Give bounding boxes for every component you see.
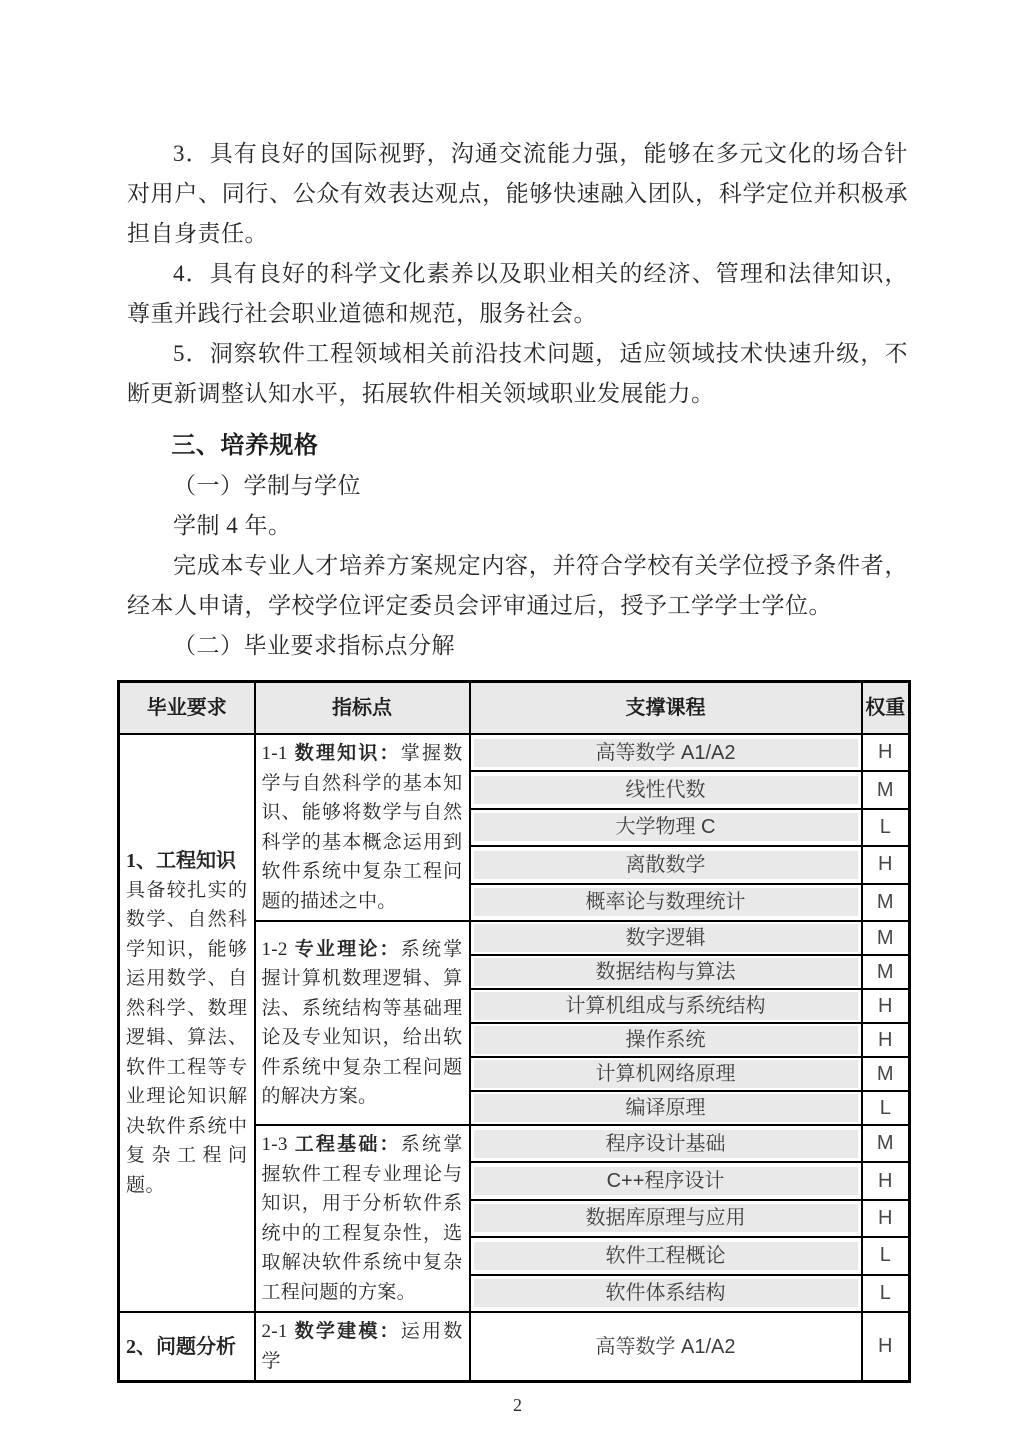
indicator-description: 系统掌握计算机数理逻辑、算法、系统结构等基础理论及专业知识，给出软件系统中复杂工…	[262, 939, 463, 1108]
weight-cell: L	[862, 1275, 910, 1312]
indicator-description: 系统掌握软件工程专业理论与知识，用于分析软件系统中的工程复杂性，选取解决软件系统…	[262, 1134, 463, 1303]
document-page: 3．具有良好的国际视野，沟通交流能力强，能够在多元文化的场合针对用户、同行、公众…	[0, 0, 1024, 1448]
column-header: 支撑课程	[470, 682, 862, 735]
column-header: 毕业要求	[119, 682, 255, 735]
indicator-description: 掌握数学与自然科学的基本知识、能够将数学与自然科学的基本概念运用到软件系统中复杂…	[262, 743, 463, 912]
indicator-cell: 1-3 工程基础：系统掌握软件工程专业理论与知识，用于分析软件系统中的工程复杂性…	[255, 1125, 470, 1312]
weight-cell: M	[862, 955, 910, 989]
weight-cell: H	[862, 1312, 910, 1382]
weight-cell: H	[862, 1023, 910, 1057]
course-name: 程序设计基础	[474, 1130, 858, 1158]
section-heading: 三、培养规格	[127, 426, 908, 466]
weight-cell: M	[862, 1057, 910, 1091]
subsection-heading-1: （一）学制与学位	[127, 466, 908, 506]
requirement-label: 1、工程知识	[126, 846, 248, 876]
course-name: 计算机网络原理	[474, 1060, 858, 1088]
table-body: 1、工程知识具备较扎实的数学、自然科学知识，能够运用数学、自然科学、数理逻辑、算…	[119, 734, 910, 1382]
course-cell: 数据结构与算法	[470, 955, 862, 989]
degree-paragraph: 完成本专业人才培养方案规定内容，并符合学校有关学位授予条件者，经本人申请，学校学…	[127, 546, 908, 626]
weight-cell: M	[862, 921, 910, 955]
column-header: 指标点	[255, 682, 470, 735]
course-name: 高等数学 A1/A2	[474, 1333, 858, 1361]
course-cell: 线性代数	[470, 771, 862, 808]
course-name: C++程序设计	[474, 1167, 858, 1195]
weight-cell: H	[862, 1200, 910, 1237]
course-name: 离散数学	[474, 851, 858, 879]
course-cell: 高等数学 A1/A2	[470, 734, 862, 771]
indicator-code: 1-1	[262, 743, 295, 764]
weight-cell: H	[862, 989, 910, 1023]
course-cell: 计算机组成与系统结构	[470, 989, 862, 1023]
weight-cell: H	[862, 846, 910, 883]
indicator-name: 数学建模：	[295, 1321, 401, 1342]
column-header: 权重	[862, 682, 910, 735]
course-cell: 操作系统	[470, 1023, 862, 1057]
course-cell: 数据库原理与应用	[470, 1200, 862, 1237]
paragraph-item-4: 4．具有良好的科学文化素养以及职业相关的经济、管理和法律知识，尊重并践行社会职业…	[127, 254, 908, 334]
course-cell: 软件体系结构	[470, 1275, 862, 1312]
requirements-table: 毕业要求指标点支撑课程权重 1、工程知识具备较扎实的数学、自然科学知识，能够运用…	[117, 680, 911, 1383]
indicator-code: 2-1	[262, 1321, 295, 1342]
course-name: 数字逻辑	[474, 924, 858, 952]
course-name: 软件体系结构	[474, 1279, 858, 1307]
course-cell: 离散数学	[470, 846, 862, 883]
course-name: 操作系统	[474, 1026, 858, 1054]
paragraph-item-5: 5．洞察软件工程领域相关前沿技术问题，适应领域技术快速升级，不断更新调整认知水平…	[127, 334, 908, 414]
indicator-cell: 2-1 数学建模：运用数学	[255, 1312, 470, 1382]
course-cell: 编译原理	[470, 1091, 862, 1125]
weight-cell: L	[862, 1091, 910, 1125]
indicator-code: 1-2	[262, 939, 295, 960]
requirement-cell: 2、问题分析	[119, 1312, 255, 1382]
course-cell: 计算机网络原理	[470, 1057, 862, 1091]
indicator-name: 专业理论：	[295, 939, 401, 960]
indicator-name: 数理知识：	[295, 743, 401, 764]
course-name: 线性代数	[474, 776, 858, 804]
weight-cell: M	[862, 884, 910, 921]
weight-cell: H	[862, 1162, 910, 1199]
weight-cell: L	[862, 809, 910, 846]
course-cell: 数字逻辑	[470, 921, 862, 955]
requirement-cell: 1、工程知识具备较扎实的数学、自然科学知识，能够运用数学、自然科学、数理逻辑、算…	[119, 734, 255, 1312]
course-cell: 大学物理 C	[470, 809, 862, 846]
weight-cell: M	[862, 1125, 910, 1162]
indicator-code: 1-3	[262, 1134, 295, 1155]
course-name: 数据结构与算法	[474, 958, 858, 986]
course-cell: 程序设计基础	[470, 1125, 862, 1162]
course-name: 数据库原理与应用	[474, 1204, 858, 1232]
page-number: 2	[127, 1395, 908, 1416]
indicator-name: 工程基础：	[295, 1134, 401, 1155]
paragraph-item-3: 3．具有良好的国际视野，沟通交流能力强，能够在多元文化的场合针对用户、同行、公众…	[127, 134, 908, 254]
indicator-cell: 1-2 专业理论：系统掌握计算机数理逻辑、算法、系统结构等基础理论及专业知识，给…	[255, 921, 470, 1125]
weight-cell: M	[862, 771, 910, 808]
table-row: 2、问题分析2-1 数学建模：运用数学高等数学 A1/A2H	[119, 1312, 910, 1382]
requirement-label: 2、问题分析	[126, 1332, 248, 1362]
course-name: 大学物理 C	[474, 813, 858, 841]
table-header: 毕业要求指标点支撑课程权重	[119, 682, 910, 735]
table-row: 1、工程知识具备较扎实的数学、自然科学知识，能够运用数学、自然科学、数理逻辑、算…	[119, 734, 910, 771]
weight-cell: L	[862, 1237, 910, 1274]
course-name: 计算机组成与系统结构	[474, 992, 858, 1020]
course-name: 软件工程概论	[474, 1242, 858, 1270]
requirement-description: 具备较扎实的数学、自然科学知识，能够运用数学、自然科学、数理逻辑、算法、软件工程…	[126, 876, 248, 1201]
course-cell: 高等数学 A1/A2	[470, 1312, 862, 1382]
course-cell: 软件工程概论	[470, 1237, 862, 1274]
course-name: 概率论与数理统计	[474, 888, 858, 916]
course-name: 高等数学 A1/A2	[474, 739, 858, 767]
course-cell: C++程序设计	[470, 1162, 862, 1199]
course-name: 编译原理	[474, 1094, 858, 1122]
weight-cell: H	[862, 734, 910, 771]
subsection-heading-2: （二）毕业要求指标点分解	[127, 626, 908, 666]
indicator-cell: 1-1 数理知识：掌握数学与自然科学的基本知识、能够将数学与自然科学的基本概念运…	[255, 734, 470, 921]
course-cell: 概率论与数理统计	[470, 884, 862, 921]
duration-line: 学制 4 年。	[127, 506, 908, 546]
table-header-row: 毕业要求指标点支撑课程权重	[119, 682, 910, 735]
